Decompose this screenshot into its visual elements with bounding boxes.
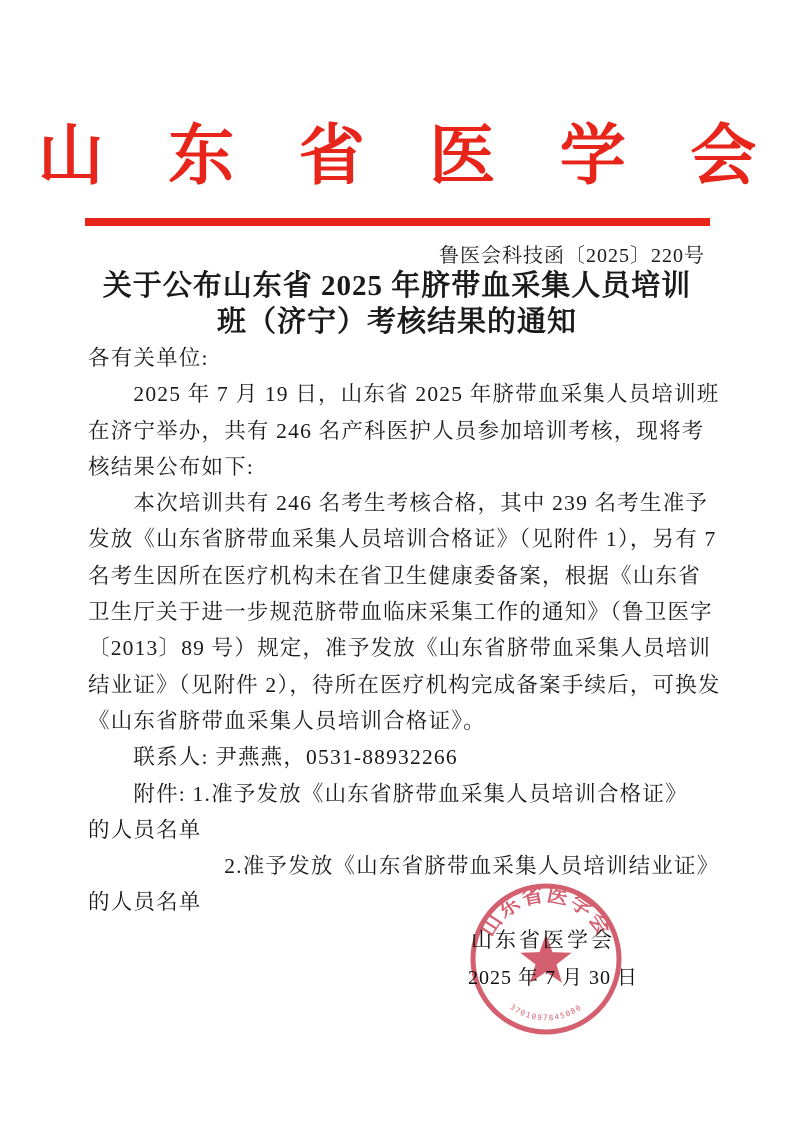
- signature-date: 2025 年 7 月 30 日: [468, 961, 633, 990]
- body-line: 核结果公布如下:: [88, 449, 708, 485]
- notice-title: 关于公布山东省 2025 年脐带血采集人员培训 班（济宁）考核结果的通知: [0, 268, 794, 340]
- signature-org: 山东省医学会: [468, 924, 618, 954]
- letterhead-rule: [85, 218, 710, 226]
- body-line: 本次培训共有 246 名考生考核合格，其中 239 名考生准予: [88, 485, 708, 521]
- official-seal: 山东省医学会 3701097845080: [466, 879, 626, 1039]
- body-line: 卫生厅关于进一步规范脐带血临床采集工作的通知》（鲁卫医字: [88, 594, 708, 630]
- body-line: 发放《山东省脐带血采集人员培训合格证》（见附件 1），另有 7: [88, 521, 708, 557]
- seal-code: 3701097845080: [508, 1002, 583, 1022]
- body-line: 各有关单位:: [88, 340, 708, 376]
- body-line: 2025 年 7 月 19 日，山东省 2025 年脐带血采集人员培训班: [88, 376, 708, 412]
- notice-title-line1: 关于公布山东省 2025 年脐带血采集人员培训: [0, 268, 794, 304]
- body-line: 联系人: 尹燕燕，0531-88932266: [88, 739, 708, 775]
- notice-body: 各有关单位: 2025 年 7 月 19 日，山东省 2025 年脐带血采集人员…: [88, 340, 708, 921]
- body-line: 的人员名单: [88, 812, 708, 848]
- svg-text:3701097845080: 3701097845080: [508, 1002, 583, 1022]
- body-line: 在济宁举办，共有 246 名产科医护人员参加培训考核，现将考: [88, 413, 708, 449]
- notice-title-line2: 班（济宁）考核结果的通知: [0, 304, 794, 340]
- letterhead-org-name: 山 东 省 医 学 会: [0, 118, 794, 196]
- body-line: 《山东省脐带血采集人员培训合格证》。: [88, 703, 708, 739]
- body-line: 附件: 1.准予发放《山东省脐带血采集人员培训合格证》: [88, 776, 708, 812]
- doc-reference-number: 鲁医会科技函〔2025〕220号: [439, 239, 705, 268]
- body-line: 结业证》（见附件 2），待所在医疗机构完成备案手续后，可换发: [88, 667, 708, 703]
- body-line: 〔2013〕89 号）规定，准予发放《山东省脐带血采集人员培训: [88, 630, 708, 666]
- document-page: 山 东 省 医 学 会 鲁医会科技函〔2025〕220号 关于公布山东省 202…: [0, 0, 794, 1123]
- body-line: 名考生因所在医疗机构未在省卫生健康委备案，根据《山东省: [88, 558, 708, 594]
